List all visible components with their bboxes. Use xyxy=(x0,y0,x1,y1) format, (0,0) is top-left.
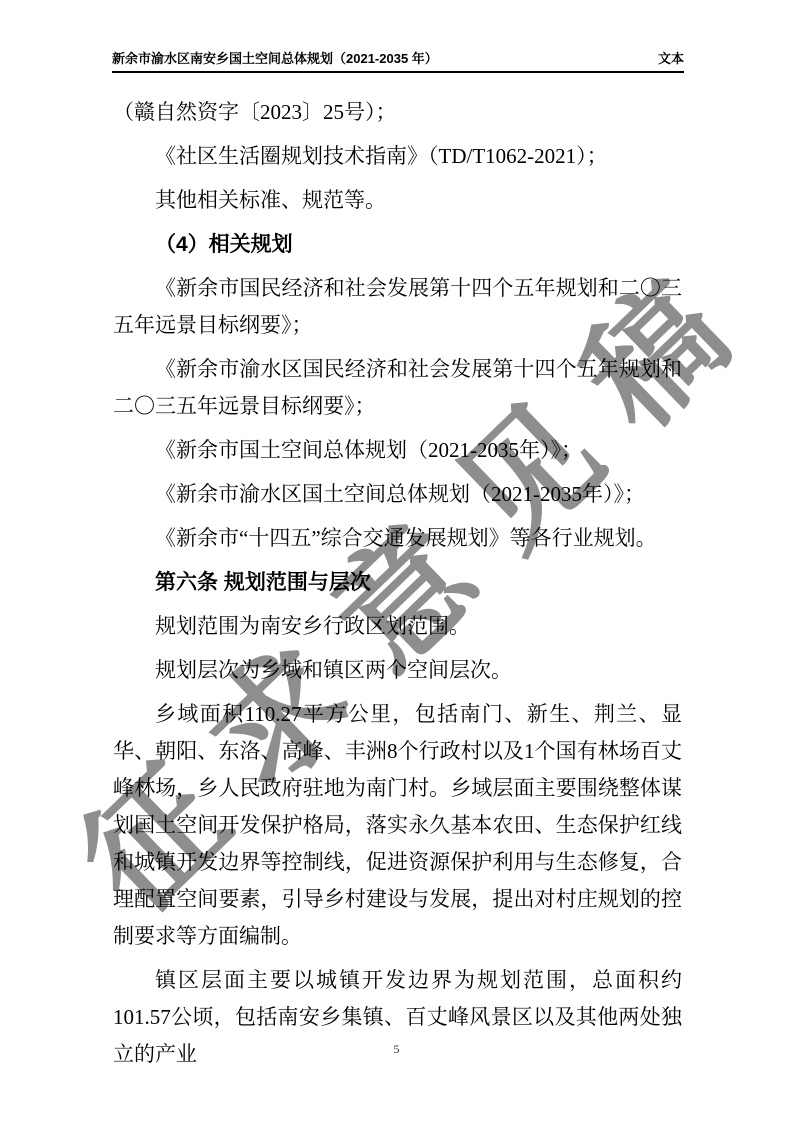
section-heading: （4）相关规划 xyxy=(113,226,682,263)
body-paragraph: 乡域面积110.27平方公里，包括南门、新生、荆兰、显华、朝阳、东洛、高峰、丰洲… xyxy=(113,696,682,955)
body-paragraph: 规划层次为乡域和镇区两个空间层次。 xyxy=(113,652,682,689)
body-paragraph: （赣自然资字〔2023〕25号）； xyxy=(113,94,682,131)
body-paragraph: 《新余市渝水区国土空间总体规划（2021-2035年）》； xyxy=(113,476,682,513)
page-header: 新余市渝水区南安乡国土空间总体规划（2021-2035 年） 文本 xyxy=(112,50,684,73)
body-paragraph: 《新余市国民经济和社会发展第十四个五年规划和二〇三五年远景目标纲要》； xyxy=(113,270,682,344)
header-doc-type-label: 文本 xyxy=(658,50,684,67)
page-number: 5 xyxy=(394,1042,400,1056)
header-document-title: 新余市渝水区南安乡国土空间总体规划（2021-2035 年） xyxy=(112,50,438,67)
body-paragraph: 《社区生活圈规划技术指南》（TD/T1062-2021）； xyxy=(113,138,682,175)
section-heading: 第六条 规划范围与层次 xyxy=(113,564,682,601)
document-body: （赣自然资字〔2023〕25号）；《社区生活圈规划技术指南》（TD/T1062-… xyxy=(113,94,682,1080)
body-paragraph: 规划范围为南安乡行政区划范围。 xyxy=(113,608,682,645)
document-page: 征求意见稿 新余市渝水区南安乡国土空间总体规划（2021-2035 年） 文本 … xyxy=(0,0,793,1122)
body-paragraph: 《新余市“十四五”综合交通发展规划》等各行业规划。 xyxy=(113,520,682,557)
body-paragraph: 《新余市渝水区国民经济和社会发展第十四个五年规划和二〇三五年远景目标纲要》； xyxy=(113,351,682,425)
body-paragraph: 《新余市国土空间总体规划（2021-2035年）》； xyxy=(113,432,682,469)
body-paragraph: 其他相关标准、规范等。 xyxy=(113,182,682,219)
page-footer: 5 xyxy=(0,1042,793,1057)
